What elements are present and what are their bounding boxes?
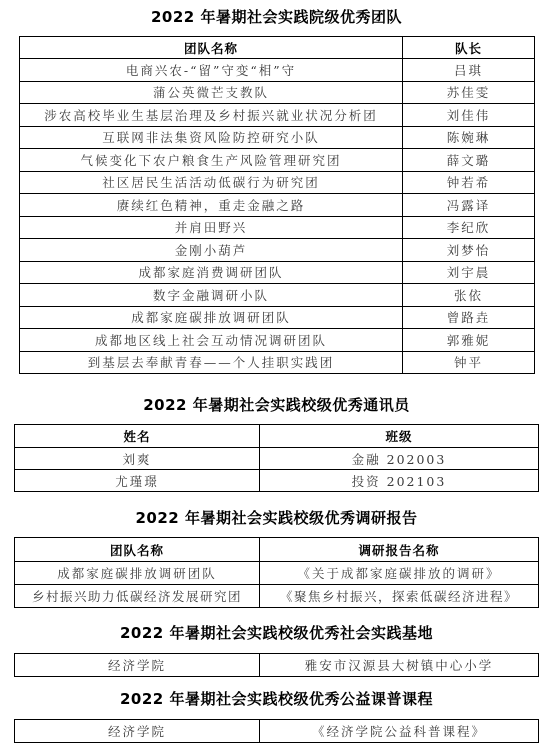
leader-name: 钟若希 <box>403 171 535 194</box>
team-name: 成都家庭碳排放调研团队 <box>15 562 260 585</box>
team-name: 赓续红色精神，重走金融之路 <box>20 194 403 217</box>
leader-name: 曾路垚 <box>403 306 535 329</box>
header-leader: 队长 <box>403 37 535 59</box>
correspondents-table: 姓名 班级 刘爽金融 202003 尤瑾璟投资 202103 <box>14 424 539 492</box>
team-name: 成都家庭消费调研团队 <box>20 261 403 284</box>
table-header-row: 团队名称 调研报告名称 <box>15 538 539 562</box>
table-row: 成都地区线上社会互动情况调研团队郭雅妮 <box>20 329 535 352</box>
header-team-name: 团队名称 <box>20 37 403 59</box>
table-row: 经济学院《经济学院公益科普课程》 <box>15 720 539 743</box>
team-name: 成都地区线上社会互动情况调研团队 <box>20 329 403 352</box>
table-row: 乡村振兴助力低碳经济发展研究团《聚焦乡村振兴，探索低碳经济进程》 <box>15 585 539 608</box>
leader-name: 钟平 <box>403 351 535 374</box>
person-name: 刘爽 <box>15 448 260 470</box>
base-name: 雅安市汉源县大树镇中心小学 <box>260 654 539 677</box>
table-row: 成都家庭碳排放调研团队《关于成都家庭碳排放的调研》 <box>15 562 539 585</box>
college-teams-table: 团队名称 队长 电商兴农-“留”守变“相”守吕琪 蒲公英微芒支教队苏佳雯 涉农高… <box>19 36 535 374</box>
table-row: 成都家庭碳排放调研团队曾路垚 <box>20 306 535 329</box>
leader-name: 郭雅妮 <box>403 329 535 352</box>
leader-name: 苏佳雯 <box>403 81 535 104</box>
section-title-public-course: 2022 年暑期社会实践校级优秀公益课普课程 <box>0 688 553 709</box>
table-header-row: 姓名 班级 <box>15 425 539 448</box>
team-name: 金刚小葫芦 <box>20 239 403 262</box>
header-name: 姓名 <box>15 425 260 448</box>
class-name: 金融 202003 <box>260 448 539 470</box>
person-name: 尤瑾璟 <box>15 470 260 492</box>
college-name: 经济学院 <box>15 654 260 677</box>
table-row: 数字金融调研小队张依 <box>20 284 535 307</box>
leader-name: 刘宇晨 <box>403 261 535 284</box>
table-row: 刘爽金融 202003 <box>15 448 539 470</box>
leader-name: 陈婉琳 <box>403 126 535 149</box>
team-name: 数字金融调研小队 <box>20 284 403 307</box>
leader-name: 吕琪 <box>403 59 535 82</box>
class-name: 投资 202103 <box>260 470 539 492</box>
table-row: 涉农高校毕业生基层治理及乡村振兴就业状况分析团刘佳伟 <box>20 104 535 127</box>
team-name: 互联网非法集资风险防控研究小队 <box>20 126 403 149</box>
section-title-correspondents: 2022 年暑期社会实践校级优秀通讯员 <box>0 394 553 415</box>
team-name: 成都家庭碳排放调研团队 <box>20 306 403 329</box>
leader-name: 薛文璐 <box>403 149 535 172</box>
leader-name: 冯露译 <box>403 194 535 217</box>
table-row: 气候变化下农户粮食生产风险管理研究团薛文璐 <box>20 149 535 172</box>
table-row: 社区居民生活活动低碳行为研究团钟若希 <box>20 171 535 194</box>
section-title-college-teams: 2022 年暑期社会实践院级优秀团队 <box>0 6 553 27</box>
team-name: 社区居民生活活动低碳行为研究团 <box>20 171 403 194</box>
team-name: 并肩田野兴 <box>20 216 403 239</box>
leader-name: 李纪欣 <box>403 216 535 239</box>
header-report-name: 调研报告名称 <box>260 538 539 562</box>
table-row: 电商兴农-“留”守变“相”守吕琪 <box>20 59 535 82</box>
team-name: 涉农高校毕业生基层治理及乡村振兴就业状况分析团 <box>20 104 403 127</box>
team-name: 到基层去奉献青春——个人挂职实践团 <box>20 351 403 374</box>
team-name: 气候变化下农户粮食生产风险管理研究团 <box>20 149 403 172</box>
team-name: 电商兴农-“留”守变“相”守 <box>20 59 403 82</box>
leader-name: 刘佳伟 <box>403 104 535 127</box>
table-row: 互联网非法集资风险防控研究小队陈婉琳 <box>20 126 535 149</box>
table-row: 并肩田野兴李纪欣 <box>20 216 535 239</box>
leader-name: 张依 <box>403 284 535 307</box>
leader-name: 刘梦怡 <box>403 239 535 262</box>
report-name: 《关于成都家庭碳排放的调研》 <box>260 562 539 585</box>
section-title-practice-base: 2022 年暑期社会实践校级优秀社会实践基地 <box>0 622 553 643</box>
header-team-name: 团队名称 <box>15 538 260 562</box>
table-row: 金刚小葫芦刘梦怡 <box>20 239 535 262</box>
table-row: 到基层去奉献青春——个人挂职实践团钟平 <box>20 351 535 374</box>
college-name: 经济学院 <box>15 720 260 743</box>
table-row: 尤瑾璟投资 202103 <box>15 470 539 492</box>
table-row: 赓续红色精神，重走金融之路冯露译 <box>20 194 535 217</box>
public-course-table: 经济学院《经济学院公益科普课程》 <box>14 719 539 743</box>
practice-base-table: 经济学院雅安市汉源县大树镇中心小学 <box>14 653 539 677</box>
research-reports-table: 团队名称 调研报告名称 成都家庭碳排放调研团队《关于成都家庭碳排放的调研》 乡村… <box>14 537 539 608</box>
table-row: 蒲公英微芒支教队苏佳雯 <box>20 81 535 104</box>
team-name: 蒲公英微芒支教队 <box>20 81 403 104</box>
team-name: 乡村振兴助力低碳经济发展研究团 <box>15 585 260 608</box>
section-title-research-reports: 2022 年暑期社会实践校级优秀调研报告 <box>0 507 553 528</box>
table-row: 经济学院雅安市汉源县大树镇中心小学 <box>15 654 539 677</box>
report-name: 《聚焦乡村振兴，探索低碳经济进程》 <box>260 585 539 608</box>
table-header-row: 团队名称 队长 <box>20 37 535 59</box>
course-name: 《经济学院公益科普课程》 <box>260 720 539 743</box>
table-row: 成都家庭消费调研团队刘宇晨 <box>20 261 535 284</box>
header-class: 班级 <box>260 425 539 448</box>
